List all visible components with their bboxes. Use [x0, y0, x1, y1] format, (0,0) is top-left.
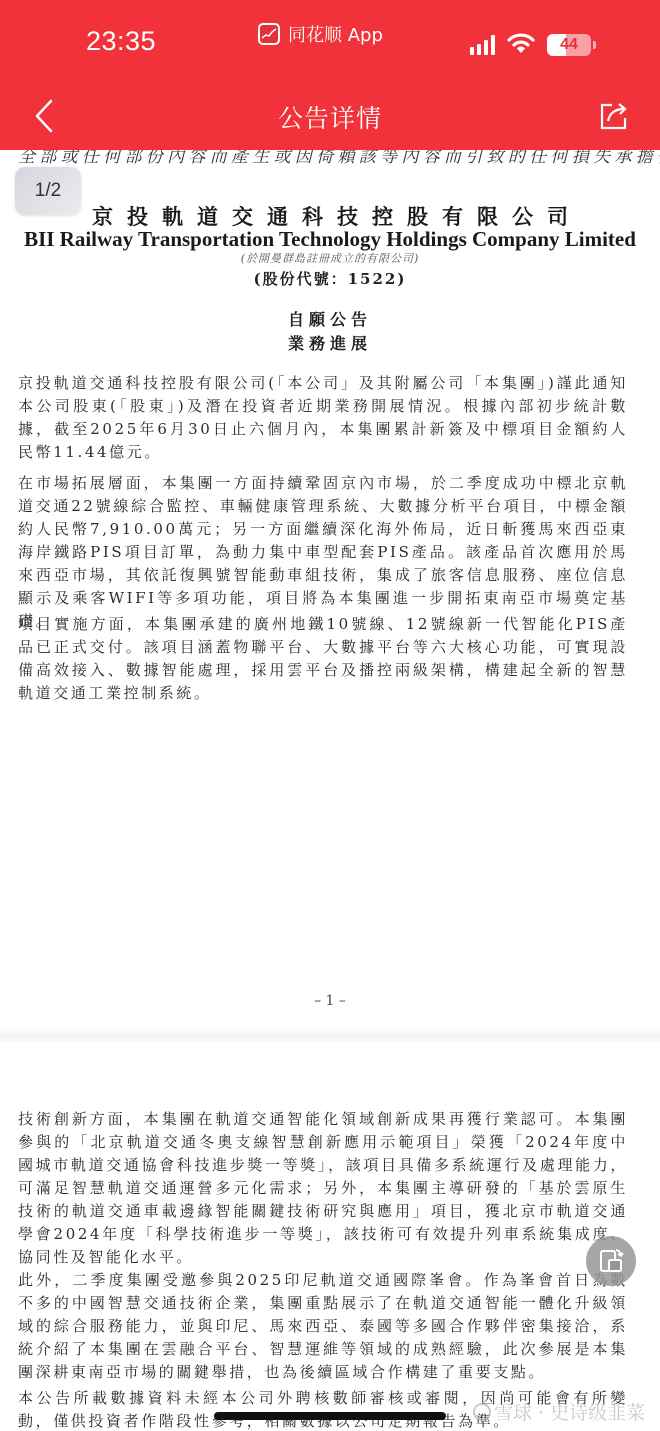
page-number: – 1 – [0, 993, 660, 1009]
app-header: 23:35 同花顺 App 44 公告详情 [0, 0, 660, 150]
rotate-screen-icon [596, 1246, 626, 1276]
page-title: 公告详情 [0, 99, 660, 135]
announcement-document[interactable]: 全部或任何部份內容而產生或因倚賴該等內容而引致的任何損失承擔任何責 1/2 京投… [0, 150, 660, 1431]
paragraph-intro: 京投軌道交通科技控股有限公司(「本公司」及其附屬公司「本集團」)謹此通知本公司股… [18, 372, 628, 464]
watermark: 雪球 · 史诗级韭菜 [473, 1398, 645, 1425]
status-icons: 44 [470, 32, 596, 58]
incorporation-note: (於開曼群島註冊成立的有限公司) [0, 250, 660, 266]
wifi-icon [507, 32, 535, 58]
paragraph-summit: 此外，二季度集團受邀參與2025印尼軌道交通國際峯會。作為峯會首日為數不多的中國… [18, 1269, 628, 1384]
company-name-en: BII Railway Transportation Technology Ho… [0, 227, 660, 252]
source-app-label: 同花顺 App [288, 21, 383, 47]
page-indicator: 1/2 [15, 167, 81, 215]
paragraph-market-expansion: 在市場拓展層面，本集團一方面持續鞏固京內市場，於二季度成功中標北京軌道交通22號… [18, 472, 628, 633]
announcement-subject: 業務進展 [0, 331, 660, 354]
share-button[interactable] [598, 100, 634, 136]
tonghuashun-app-icon [258, 23, 280, 45]
status-bar: 23:35 同花顺 App 44 [0, 0, 660, 80]
announcement-type: 自願公告 [0, 307, 660, 330]
battery-tip [593, 41, 596, 49]
status-time: 23:35 [86, 26, 156, 57]
share-icon [598, 100, 630, 132]
redaction-mark [214, 1412, 446, 1420]
nav-bar: 公告详情 [0, 80, 660, 150]
battery-icon: 44 [547, 34, 591, 56]
stock-code: (股份代號：1522) [0, 268, 660, 289]
rotate-screen-button[interactable] [586, 1236, 636, 1286]
snowball-logo-icon [473, 1403, 491, 1421]
truncated-disclaimer-line: 全部或任何部份內容而產生或因倚賴該等內容而引致的任何損失承擔任何責 [18, 150, 660, 167]
paragraph-project-implementation: 項目實施方面，本集團承建的廣州地鐵10號線、12號線新一代智能化PIS產品已正式… [18, 613, 628, 705]
page-separator [0, 1030, 660, 1042]
source-app-link[interactable]: 同花顺 App [258, 21, 383, 47]
signal-icon [470, 35, 495, 55]
paragraph-tech-innovation: 技術創新方面，本集團在軌道交通智能化領域創新成果再獲行業認可。本集團參與的「北京… [18, 1108, 628, 1269]
